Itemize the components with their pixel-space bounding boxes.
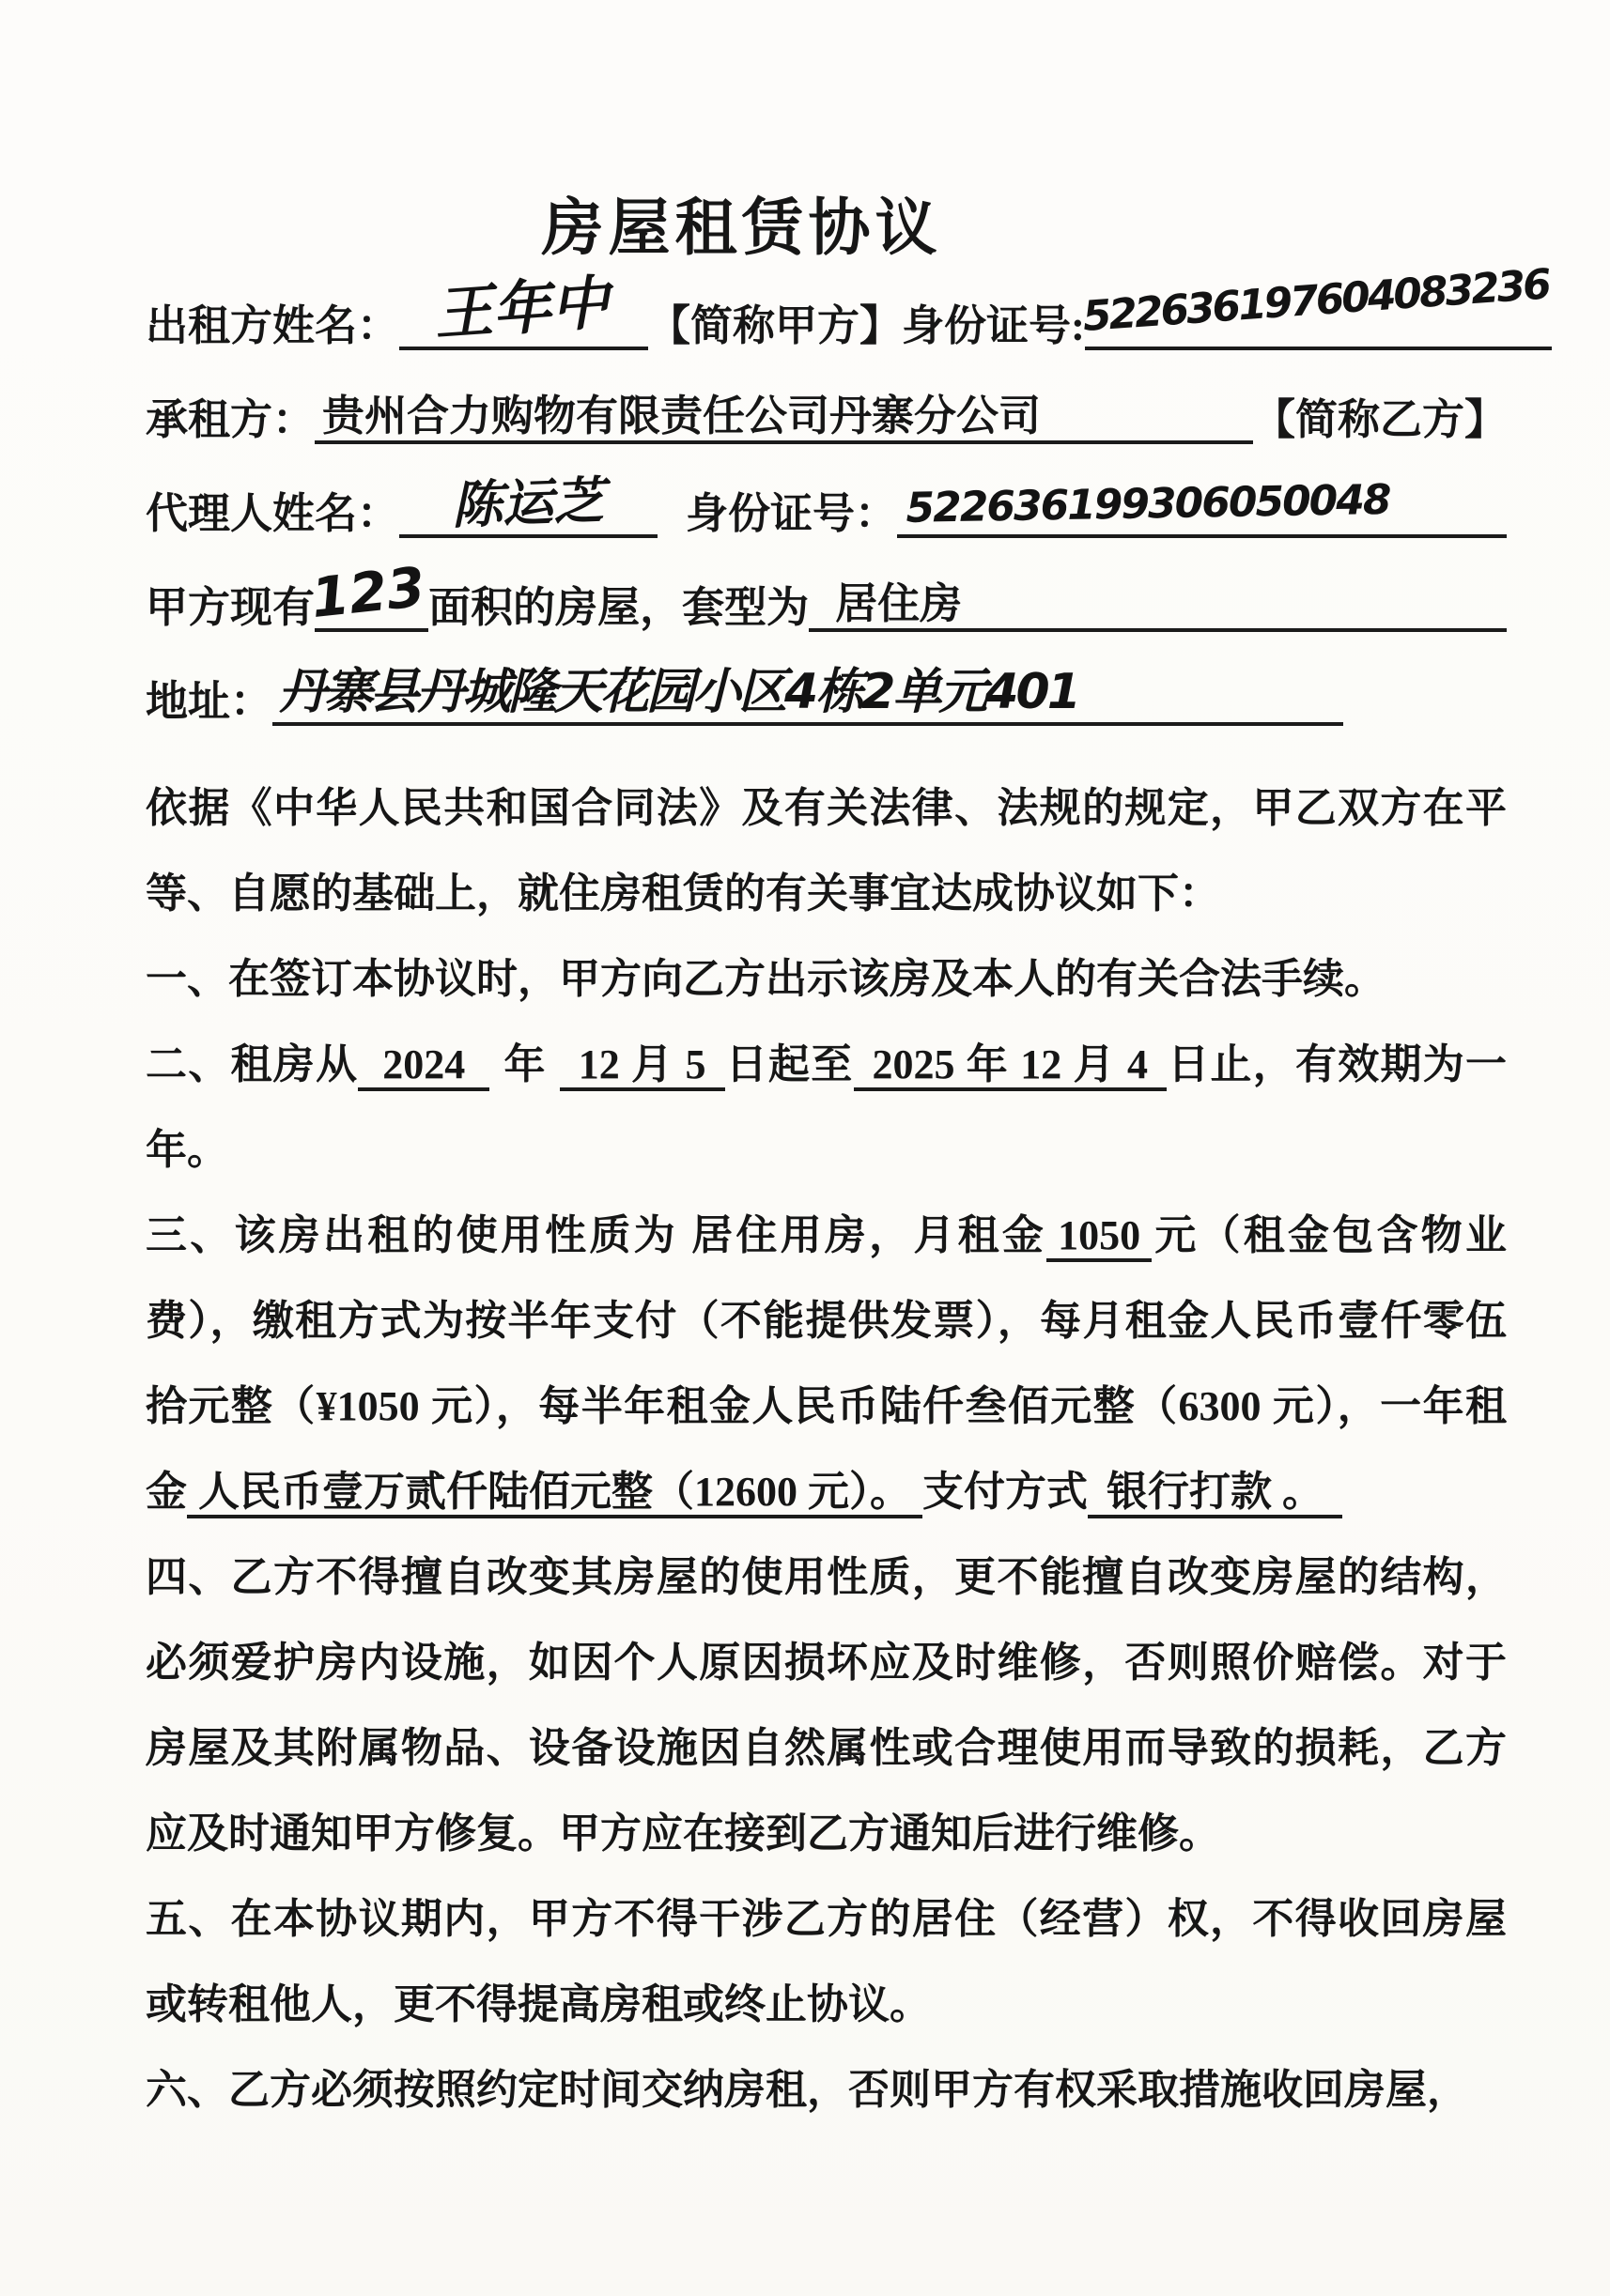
agent-id-label: 身份证号： [686, 489, 897, 538]
lessee-row: 承租方： 贵州合力购物有限责任公司丹寨分公司 【简称乙方】 [146, 390, 1507, 444]
agent-label: 代理人姓名： [146, 489, 399, 538]
payment-method-value: 银行打款 。 [1088, 1469, 1342, 1518]
lessor-name-handwriting: 王年中 [432, 274, 611, 343]
clause-1: 一、在签订本协议时，甲方向乙方出示该房及本人的有关合法手续。 [146, 936, 1507, 1022]
agent-id-field: 522636199306050048 [897, 487, 1507, 538]
party-a-tag: 【简称甲方】 [648, 301, 902, 350]
agent-id-handwriting: 522636199306050048 [896, 477, 1390, 532]
lessor-name-field: 王年中 [399, 290, 648, 350]
agent-name-handwriting: 陈运芝 [450, 474, 604, 532]
document-title: 房屋租赁协议 [61, 193, 1422, 266]
house-middle: 面积的房屋，套型为 [428, 583, 809, 632]
lessor-label: 出租方姓名： [146, 301, 399, 350]
preamble-paragraph: 依据《中华人民共和国合同法》及有关法律、法规的规定，甲乙双方在平等、自愿的基础上… [146, 765, 1507, 936]
lease-start-year: 2024 [358, 1041, 489, 1091]
clause-3: 三、该房出租的使用性质为 居住用房，月租金1050元（租金包含物业费），缴租方式… [146, 1193, 1507, 1534]
house-area-row: 甲方现有 123 面积的房屋，套型为 居住房 [146, 578, 1507, 632]
lease-end-date: 2025 年 12 月 4 [854, 1041, 1168, 1091]
house-type-text: 居住房 [835, 579, 962, 628]
address-label: 地址： [146, 677, 272, 726]
house-prefix: 甲方现有 [146, 583, 315, 632]
clause-2-text-2: 年 [503, 1041, 547, 1087]
house-type-field: 居住房 [809, 579, 1507, 632]
agent-name-field: 陈运芝 [399, 482, 658, 538]
house-area-handwriting: 123 [309, 561, 427, 624]
address-field: 丹寨县丹城隆天花园小区4栋2单元401 [272, 670, 1343, 726]
agent-row: 代理人姓名： 陈运芝 身份证号： 522636199306050048 [146, 484, 1507, 538]
clause-2-text-3: 日起至 [725, 1041, 854, 1087]
party-b-tag: 【简称乙方】 [1253, 395, 1507, 444]
annual-rent-text: 人民币壹万贰仟陆佰元整（12600 元）。 [187, 1469, 922, 1518]
clause-3-text-1: 三、该房出租的使用性质为 居住用房，月租金 [146, 1212, 1046, 1258]
lessee-label: 承租方： [146, 395, 315, 444]
address-row: 地址： 丹寨县丹城隆天花园小区4栋2单元401 [146, 671, 1507, 726]
lessee-name-field: 贵州合力购物有限责任公司丹寨分公司 [315, 392, 1253, 444]
lessor-row: 出租方姓名： 王年中 【简称甲方】 身份证号: 5226361976040832… [146, 296, 1507, 350]
clause-3-text-3: 支付方式 [922, 1469, 1088, 1515]
lease-start-monthday: 12 月 5 [560, 1041, 725, 1091]
agreement-body: 依据《中华人民共和国合同法》及有关法律、法规的规定，甲乙双方在平等、自愿的基础上… [146, 765, 1507, 2133]
lessor-id-handwriting: 522636197604083236 [1081, 261, 1550, 341]
house-area-field: 123 [315, 576, 428, 632]
lessor-id-label: 身份证号: [902, 301, 1085, 350]
clause-4: 四、乙方不得擅自改变其房屋的使用性质，更不能擅自改变房屋的结构，必须爱护房内设施… [146, 1534, 1507, 1876]
lessee-name-text: 贵州合力购物有限责任公司丹寨分公司 [322, 392, 1041, 440]
address-handwriting: 丹寨县丹城隆天花园小区4栋2单元401 [272, 666, 1078, 718]
clause-6: 六、乙方必须按照约定时间交纳房租，否则甲方有权采取措施收回房屋， [146, 2047, 1507, 2133]
page-content: 房屋租赁协议 出租方姓名： 王年中 【简称甲方】 身份证号: 522636197… [0, 0, 1610, 2133]
clause-2: 二、租房从2024年12 月 5日起至2025 年 12 月 4日止，有效期为一… [146, 1022, 1507, 1193]
scanned-rental-agreement-page: 房屋租赁协议 出租方姓名： 王年中 【简称甲方】 身份证号: 522636197… [0, 0, 1610, 2296]
clause-2-text-1: 二、租房从 [146, 1041, 358, 1087]
lessor-id-field: 522636197604083236 [1085, 300, 1552, 350]
monthly-rent-value: 1050 [1046, 1212, 1152, 1262]
clause-5: 五、在本协议期内，甲方不得干涉乙方的居住（经营）权，不得收回房屋或转租他人，更不… [146, 1876, 1507, 2047]
